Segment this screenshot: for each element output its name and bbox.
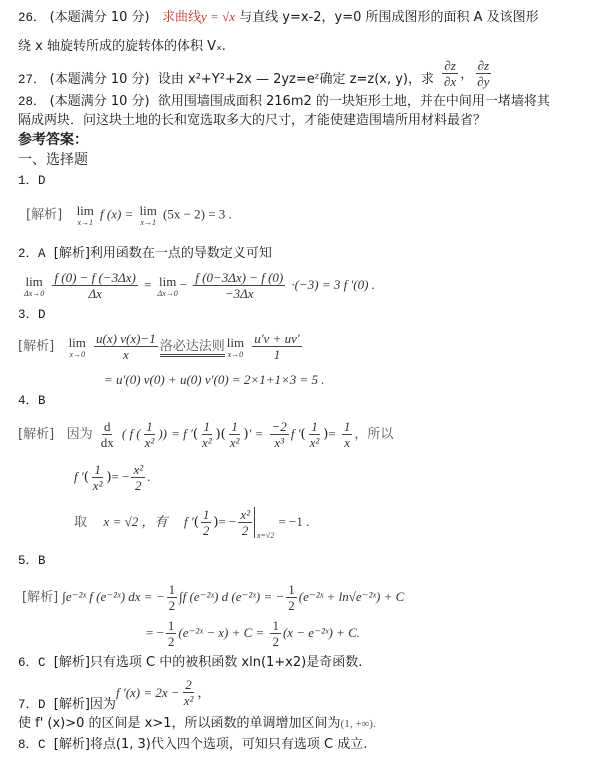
answer-3-label: 3．D: [18, 307, 46, 323]
answer-6: 6．C [解析]只有选项 C 中的被积函数 xln(1+x2)是奇函数.: [18, 655, 362, 671]
answer-7-line2: 使 f' (x)>0 的区间是 x>1，所以函数的单调增加区间为(1, +∞).: [18, 716, 376, 732]
answer-4-line2: f ′(1x²)= −x²2.: [74, 462, 150, 493]
question-text: 欲用围墙围成面积 216m2 的一块矩形土地，并在中间用一堵墙将其: [158, 94, 550, 109]
answer-7-formula: f ′(x) = 2x −2x²，: [116, 677, 210, 708]
question-text: 隔成两块．问这块土地的长和宽选取多大的尺寸，才能使建造围墙所用材料最省？: [18, 113, 486, 128]
answer-text: [解析]因为: [54, 697, 116, 712]
answer-1-label: 1．D: [18, 173, 46, 189]
answer-7: 7．D [解析]因为: [18, 697, 116, 713]
lhopital-rule: 洛必达法则: [160, 339, 225, 357]
question-text: 与直线 y=x-2，y=0 所围成图形的面积 A 及该图形: [239, 10, 539, 25]
answer-4-explanation: [解析] 因为 ddx ( f (1x²)) = f ′(1x²)(1x²)′ …: [18, 419, 393, 450]
answer-3-line2: = u′(0) v(0) + u(0) v′(0) = 2×1+1×3 = 5 …: [104, 372, 325, 388]
question-score: (本题满分 10 分): [50, 10, 150, 25]
question-text: 设由 x²+Y²+2x — 2yz=eᶻ确定 z=z(x, y)，求: [158, 72, 434, 87]
section-title: 一、选择题: [18, 152, 88, 168]
answer-2-formula: limΔx→0 f (0) − f (−3Δx)Δx = limΔx→0− f …: [22, 270, 375, 301]
question-26: 26． (本题满分 10 分) 求曲线y = √x 与直线 y=x-2，y=0 …: [18, 9, 539, 26]
answer-8: 8．C [解析]将点(1, 3)代入四个选项，可知只有选项 C 成立.: [18, 737, 367, 753]
answer-4-line3: 取 x = √2 ，有 f ′(12)= −x²2x=√2 = −1 .: [74, 507, 309, 544]
answer-5-line2: = −12(e⁻²ˣ − x) + C = 12(x − e⁻²ˣ) + C.: [146, 618, 360, 649]
question-28: 28． (本题满分 10 分) 欲用围墙围成面积 216m2 的一块矩形土地，并…: [18, 94, 550, 110]
answer-4-label: 4．B: [18, 393, 46, 409]
answer-5-label: 5．B: [18, 553, 46, 569]
answer-text: [解析]利用函数在一点的导数定义可知: [54, 246, 272, 261]
jiexi-label: [解析]: [18, 339, 54, 354]
jiexi-label: [解析]: [22, 590, 58, 605]
answer-label: 2．A: [18, 247, 46, 261]
answer-5-explanation: [解析] ∫e⁻²ˣ f (e⁻²ˣ) dx = −12∫f (e⁻²ˣ) d …: [22, 582, 404, 613]
question-number: 27．: [18, 73, 46, 87]
question-score: (本题满分 10 分): [50, 72, 150, 87]
answer-text: 使 f' (x)>0 的区间是 x>1，所以函数的单调增加区间为: [18, 716, 341, 731]
answer-label: 7．D: [18, 698, 46, 712]
jiexi-label: [解析]: [26, 208, 62, 223]
jiexi-label: [解析]: [18, 427, 54, 442]
answer-label: 8．C: [18, 738, 46, 752]
question-number: 28．: [18, 95, 46, 109]
answer-text: [解析]将点(1, 3)代入四个选项，可知只有选项 C 成立.: [54, 737, 368, 752]
question-text: 求曲线: [162, 10, 201, 25]
question-27: 27． (本题满分 10 分) 设由 x²+Y²+2x — 2yz=eᶻ确定 z…: [18, 72, 434, 88]
interval: (1, +∞).: [341, 718, 376, 730]
answer-text: [解析]只有选项 C 中的被积函数 xln(1+x2)是奇函数.: [54, 655, 363, 670]
answer-label: 6．C: [18, 656, 46, 670]
answer-3-explanation: [解析] limx→0 u(x) v(x)−1x洛必达法则limx→0 u′v …: [18, 331, 304, 362]
answers-heading: 参考答案：: [18, 132, 88, 148]
question-26-cont: 绕 x 轴旋转所成的旋转体的体积 Vₓ.: [18, 39, 226, 55]
partial-derivatives: ∂z∂x，∂z∂y: [440, 58, 493, 89]
question-text: 绕 x 轴旋转所成的旋转体的体积 Vₓ.: [18, 39, 226, 54]
answer-2: 2．A [解析]利用函数在一点的导数定义可知: [18, 246, 272, 262]
formula: y = √x: [201, 9, 235, 24]
partial-y: ∂z∂y: [475, 58, 491, 89]
question-28-cont: 隔成两块．问这块土地的长和宽选取多大的尺寸，才能使建造围墙所用材料最省？: [18, 113, 486, 129]
answer-1-explanation: [解析] limx→1 f (x) = limx→1 (5x − 2) = 3 …: [26, 203, 232, 227]
question-score: (本题满分 10 分): [50, 94, 150, 109]
question-number: 26．: [18, 11, 46, 25]
partial-x: ∂z∂x: [442, 58, 458, 89]
